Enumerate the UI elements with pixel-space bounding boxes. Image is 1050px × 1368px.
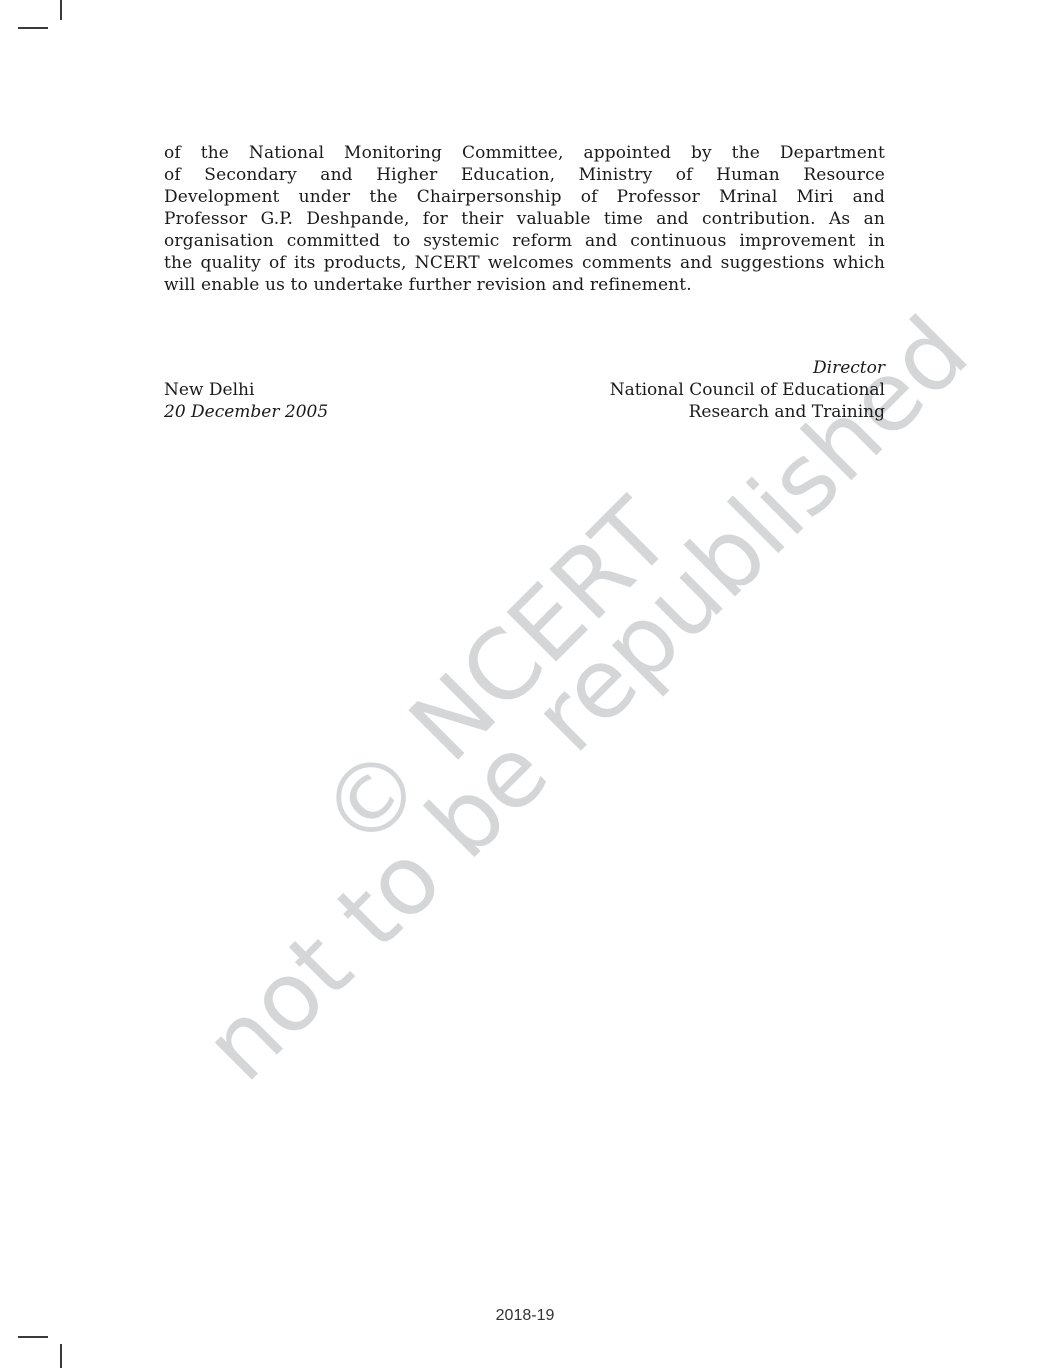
paragraph-line: the quality of its products, NCERT welco… — [164, 252, 885, 274]
paragraph-line: of the National Monitoring Committee, ap… — [164, 142, 885, 164]
paragraph-line: of Secondary and Higher Education, Minis… — [164, 164, 885, 186]
place: New Delhi — [164, 379, 254, 401]
watermark-copyright-ncert: © NCERT — [299, 479, 692, 872]
crop-mark-top-left-horizontal — [18, 27, 48, 29]
signature-block: Director New Delhi National Council of E… — [164, 357, 885, 423]
signatory-title: Director — [813, 357, 885, 379]
crop-mark-top-left-vertical — [60, 0, 62, 20]
paragraph-line: organisation committed to systemic refor… — [164, 230, 885, 252]
organisation-line-1: National Council of Educational — [610, 379, 885, 401]
footer-year: 2018-19 — [0, 1307, 1050, 1325]
date: 20 December 2005 — [164, 401, 328, 423]
paragraph-line: Development under the Chairpersonship of… — [164, 186, 885, 208]
organisation-line-2: Research and Training — [689, 401, 885, 423]
paragraph-line: will enable us to undertake further revi… — [164, 274, 885, 296]
crop-mark-bottom-left-vertical — [60, 1344, 62, 1368]
crop-mark-bottom-left-horizontal — [18, 1336, 48, 1338]
paragraph-line: Professor G.P. Deshpande, for their valu… — [164, 208, 885, 230]
body-paragraph: of the National Monitoring Committee, ap… — [164, 142, 885, 296]
